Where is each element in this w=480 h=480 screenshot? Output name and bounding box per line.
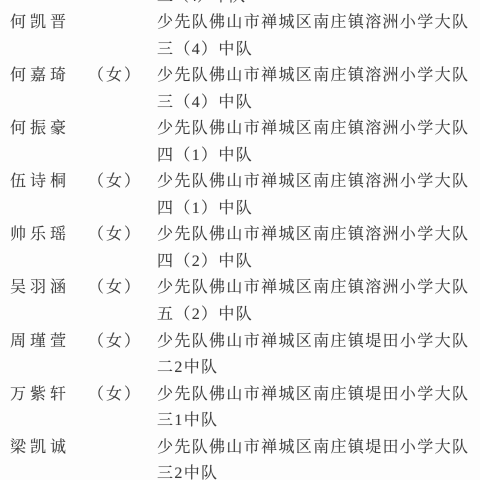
gender-label: [88, 10, 157, 37]
student-name: 何凯晋: [10, 10, 88, 37]
unit-cell: 少先队佛山市禅城区南庄镇溶洲小学大队 五（2）中队: [157, 275, 480, 328]
squad-name: 二2中队: [157, 355, 480, 382]
unit-cell: 少先队佛山市禅城区南庄镇溶洲小学大队 四（1）中队: [157, 169, 480, 222]
unit-cell: 少先队佛山市禅城区南庄镇堤田小学大队 三1中队: [157, 382, 480, 435]
student-name: 万紫轩: [10, 382, 88, 409]
squad-name: 三（4）中队: [157, 37, 480, 64]
gender-label: [88, 116, 157, 143]
unit-cell: 少先队佛山市禅城区南庄镇溶洲小学大队 四（2）中队: [157, 222, 480, 275]
squad-name: 五（2）中队: [157, 302, 480, 329]
entry-row: 周瑾萱 （女） 少先队佛山市禅城区南庄镇堤田小学大队 二2中队: [0, 329, 480, 382]
squad-name: 四（1）中队: [157, 143, 480, 170]
gender-label: [88, 435, 157, 462]
entry-row: 万紫轩 （女） 少先队佛山市禅城区南庄镇堤田小学大队 三1中队: [0, 382, 480, 435]
student-name: 何振豪: [10, 116, 88, 143]
entry-row: 吴羽涵 （女） 少先队佛山市禅城区南庄镇溶洲小学大队 五（2）中队: [0, 275, 480, 328]
squad-name: 三（4）中队: [157, 90, 480, 117]
entry-row: 何振豪 少先队佛山市禅城区南庄镇溶洲小学大队 四（1）中队: [0, 116, 480, 169]
entry-row: 帅乐瑶 （女） 少先队佛山市禅城区南庄镇溶洲小学大队 四（2）中队: [0, 222, 480, 275]
student-name: 周瑾萱: [10, 329, 88, 356]
gender-label: （女）: [88, 222, 157, 249]
squad-name: 三1中队: [157, 408, 480, 435]
unit-name: 少先队佛山市禅城区南庄镇堤田小学大队: [157, 382, 480, 409]
unit-cell: 少先队佛山市禅城区南庄镇溶洲小学大队 四（1）中队: [157, 116, 480, 169]
unit-name: 少先队佛山市禅城区南庄镇溶洲小学大队: [157, 169, 480, 196]
squad-name: 三2中队: [157, 461, 480, 480]
entry-row: 梁凯诚 少先队佛山市禅城区南庄镇堤田小学大队 三2中队: [0, 435, 480, 480]
gender-label: （女）: [88, 382, 157, 409]
gender-label: （女）: [88, 329, 157, 356]
student-list: 何凯晋 少先队佛山市禅城区南庄镇溶洲小学大队 三（4）中队 何嘉琦 （女） 少先…: [0, 10, 480, 480]
student-name: 帅乐瑶: [10, 222, 88, 249]
unit-name: 少先队佛山市禅城区南庄镇溶洲小学大队: [157, 275, 480, 302]
entry-row: 何凯晋 少先队佛山市禅城区南庄镇溶洲小学大队 三（4）中队: [0, 10, 480, 63]
unit-cell: 少先队佛山市禅城区南庄镇堤田小学大队 二2中队: [157, 329, 480, 382]
entry-row: 伍诗桐 （女） 少先队佛山市禅城区南庄镇溶洲小学大队 四（1）中队: [0, 169, 480, 222]
clipped-previous-squad-line: 三（4）中队: [157, 0, 245, 6]
gender-label: （女）: [88, 169, 157, 196]
unit-name: 少先队佛山市禅城区南庄镇溶洲小学大队: [157, 222, 480, 249]
student-name: 吴羽涵: [10, 275, 88, 302]
unit-cell: 少先队佛山市禅城区南庄镇堤田小学大队 三2中队: [157, 435, 480, 480]
gender-label: （女）: [88, 275, 157, 302]
unit-name: 少先队佛山市禅城区南庄镇溶洲小学大队: [157, 116, 480, 143]
unit-name: 少先队佛山市禅城区南庄镇溶洲小学大队: [157, 63, 480, 90]
squad-name: 四（2）中队: [157, 249, 480, 276]
entry-row: 何嘉琦 （女） 少先队佛山市禅城区南庄镇溶洲小学大队 三（4）中队: [0, 63, 480, 116]
student-name: 何嘉琦: [10, 63, 88, 90]
unit-cell: 少先队佛山市禅城区南庄镇溶洲小学大队 三（4）中队: [157, 10, 480, 63]
unit-cell: 少先队佛山市禅城区南庄镇溶洲小学大队 三（4）中队: [157, 63, 480, 116]
squad-name: 四（1）中队: [157, 196, 480, 223]
unit-name: 少先队佛山市禅城区南庄镇堤田小学大队: [157, 329, 480, 356]
squad-name: 三（4）中队: [157, 0, 245, 6]
student-name: 梁凯诚: [10, 435, 88, 462]
unit-name: 少先队佛山市禅城区南庄镇溶洲小学大队: [157, 10, 480, 37]
unit-name: 少先队佛山市禅城区南庄镇堤田小学大队: [157, 435, 480, 462]
gender-label: （女）: [88, 63, 157, 90]
student-name: 伍诗桐: [10, 169, 88, 196]
